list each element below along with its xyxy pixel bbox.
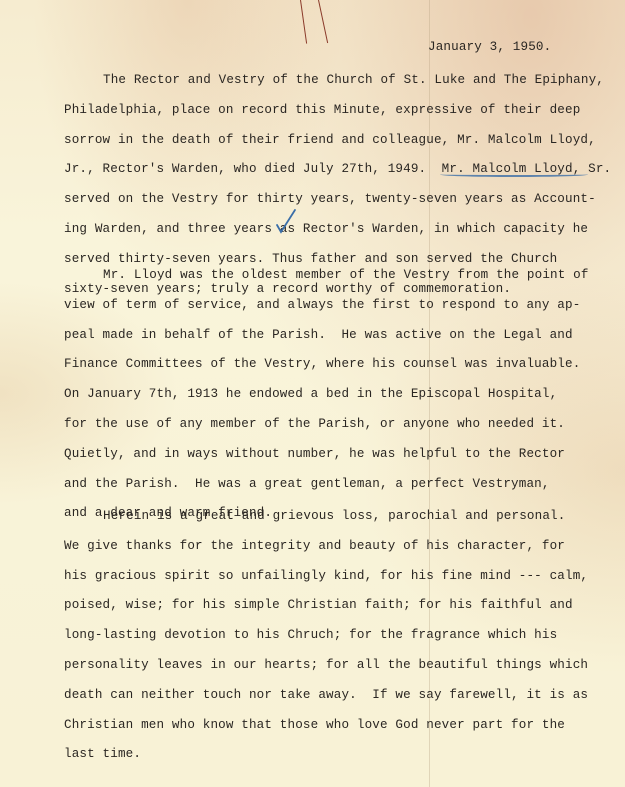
text-line: ing Warden, and three years as Rector's … [64,222,588,236]
text-line: We give thanks for the integrity and bea… [64,539,565,553]
check-mark-icon [275,208,297,234]
text-line: peal made in behalf of the Parish. He wa… [64,328,573,342]
text-line: long-lasting devotion to his Chruch; for… [64,628,557,642]
blue-ink-underline [440,172,588,177]
text-line: his gracious spirit so unfailingly kind,… [64,569,588,583]
text-line: last time. [64,747,141,761]
text-line: Christian men who know that those who lo… [64,718,565,732]
text-line: Philadelphia, place on record this Minut… [64,103,580,117]
text-line: sixty-seven years; truly a record worthy… [64,282,511,296]
text-line: personality leaves in our hearts; for al… [64,658,588,672]
text-line: served thirty-seven years. Thus father a… [64,252,557,266]
document-date: January 3, 1950. [428,40,551,54]
text-line: death can neither touch nor take away. I… [64,688,588,702]
text-line: Quietly, and in ways without number, he … [64,447,565,461]
text-line: Herein is a great and grievous loss, par… [103,509,565,523]
text-line: On January 7th, 1913 he endowed a bed in… [64,387,557,401]
red-ink-mark [318,0,328,43]
text-line: and the Parish. He was a great gentleman… [64,477,550,491]
text-line: Mr. Lloyd was the oldest member of the V… [103,268,589,282]
text-line: sorrow in the death of their friend and … [64,133,596,147]
text-line: served on the Vestry for thirty years, t… [64,192,596,206]
text-line: The Rector and Vestry of the Church of S… [103,73,604,87]
text-line: for the use of any member of the Parish,… [64,417,565,431]
text-line: view of term of service, and always the … [64,298,580,312]
red-ink-mark [300,0,307,44]
text-line: poised, wise; for his simple Christian f… [64,598,573,612]
text-line: Finance Committees of the Vestry, where … [64,357,580,371]
